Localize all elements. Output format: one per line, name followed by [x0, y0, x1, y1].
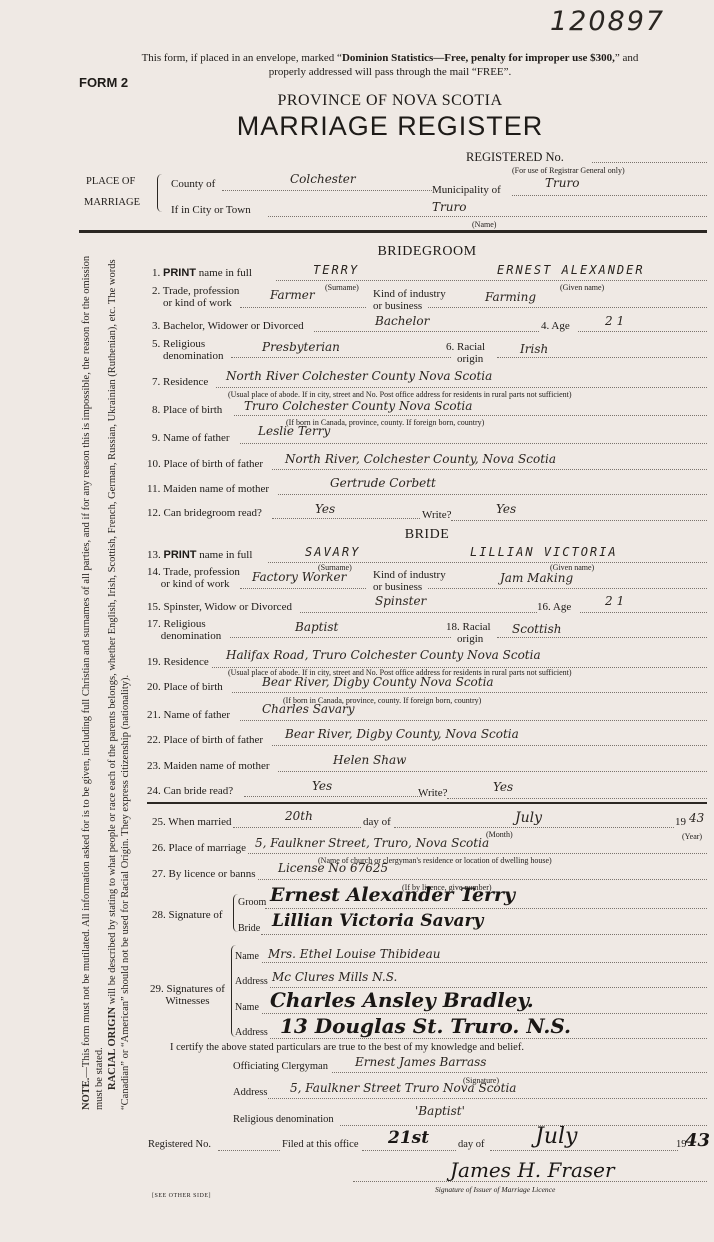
- field-number: 1.: [152, 267, 160, 279]
- clergyman-label: Officiating Clergyman: [233, 1061, 328, 1072]
- witness1-address-label: Address: [235, 976, 268, 987]
- name-in-full-label: name in full: [199, 549, 252, 561]
- religion-label-a: 5. Religious: [152, 338, 205, 350]
- city-value[interactable]: Truro: [432, 200, 466, 214]
- racial-origin-text: will be described by stating to what peo…: [107, 259, 131, 1110]
- county-label: County of: [171, 178, 215, 190]
- groom-age-line: [578, 331, 707, 332]
- bride-father-label: 21. Name of father: [147, 709, 230, 721]
- witness2-name-label: Name: [235, 1002, 259, 1013]
- bride-father-birthplace-line: [272, 745, 707, 746]
- city-label: If in City or Town: [171, 204, 251, 216]
- industry-label-a: Kind of industry: [373, 569, 446, 581]
- bride-birthplace[interactable]: Bear River, Digby County Nova Scotia: [262, 675, 494, 689]
- filed-year[interactable]: 43: [685, 1130, 710, 1151]
- groom-age-label: 4. Age: [541, 320, 570, 332]
- racial-label-a: 18. Racial: [446, 621, 491, 633]
- print-label: PRINT: [163, 267, 196, 279]
- surname-note: (Surname): [325, 283, 359, 292]
- racial-label-a: 6. Racial: [446, 341, 485, 353]
- groom-surname[interactable]: TERRY: [313, 263, 359, 277]
- trade-label-b: or kind of work: [163, 297, 232, 309]
- groom-signature[interactable]: Ernest Alexander Terry: [270, 884, 515, 906]
- issuer-caption: Signature of Issuer of Marriage Licence: [435, 1185, 555, 1194]
- groom-father-label: 9. Name of father: [152, 432, 230, 444]
- place-of-label: PLACE OF: [86, 176, 135, 187]
- see-other-side: [SEE OTHER SIDE]: [152, 1193, 211, 1199]
- filing-registered-no-label: Registered No.: [148, 1139, 211, 1150]
- groom-write-label: Write?: [422, 509, 451, 521]
- groom-racial-label: 6. Racial origin: [446, 341, 485, 365]
- place-brace: [157, 174, 162, 212]
- industry-label-b: or business: [373, 581, 422, 593]
- groom-residence-label: 7. Residence: [152, 376, 208, 388]
- groom-can-write[interactable]: Yes: [496, 502, 516, 516]
- page-title: MARRIAGE REGISTER: [140, 111, 640, 142]
- when-married-label: 25. When married: [152, 816, 232, 828]
- bride-divider: [147, 802, 707, 804]
- province-heading: PROVINCE OF NOVA SCOTIA: [140, 92, 640, 110]
- bride-father-birthplace-label: 22. Place of birth of father: [147, 734, 263, 746]
- groom-industry-line: [428, 307, 707, 308]
- registration-number-handwritten: 120897: [550, 6, 665, 37]
- groom-read-label: 12. Can bridegroom read?: [147, 507, 262, 519]
- racial-label-b: origin: [457, 353, 483, 365]
- field-number: 13.: [147, 549, 161, 561]
- filed-day[interactable]: 21st: [388, 1128, 429, 1148]
- city-field-line: [268, 216, 707, 217]
- groom-industry-label: Kind of industryor business: [373, 288, 446, 312]
- witnesses-label: 29. Signatures ofWitnesses: [150, 983, 225, 1007]
- bride-status-label: 15. Spinster, Widow or Divorced: [147, 601, 292, 613]
- bride-father-line: [240, 720, 707, 721]
- marriage-month[interactable]: July: [515, 810, 542, 826]
- clergy-address-line: [268, 1098, 707, 1099]
- registered-no-field[interactable]: [592, 162, 707, 163]
- witnesses-label-b: Witnesses: [165, 995, 209, 1007]
- city-name-note: (Name): [472, 220, 496, 229]
- bride-can-read[interactable]: Yes: [312, 779, 332, 793]
- groom-residence-note: (Usual place of abode. If in city, stree…: [228, 390, 572, 399]
- bride-status[interactable]: Spinster: [375, 594, 426, 608]
- issuer-signature[interactable]: James H. Fraser: [450, 1158, 615, 1182]
- bride-industry[interactable]: Jam Making: [500, 571, 573, 585]
- witness2-name[interactable]: Charles Ansley Bradley.: [270, 988, 534, 1012]
- postal-notice-post: ” and: [615, 52, 639, 64]
- bride-sig-line: [261, 934, 707, 935]
- bride-father-birthplace[interactable]: Bear River, Digby County, Nova Scotia: [285, 727, 519, 741]
- bride-write-label: Write?: [418, 787, 447, 799]
- groom-birthplace-line: [234, 415, 707, 416]
- bride-religion-label: 17. Religious denomination: [147, 618, 221, 642]
- bride-birthplace-line: [232, 692, 707, 693]
- religion-label-a: 17. Religious: [147, 618, 206, 630]
- licence-number[interactable]: License No 67625: [278, 861, 388, 875]
- postal-notice: This form, if placed in an envelope, mar…: [90, 51, 690, 79]
- month-note: (Month): [486, 830, 513, 839]
- filed-label: Filed at this office: [282, 1139, 359, 1150]
- groom-religion[interactable]: Presbyterian: [262, 340, 340, 354]
- bride-industry-label: Kind of industryor business: [373, 569, 446, 593]
- groom-sig-line: [265, 908, 707, 909]
- bride-residence[interactable]: Halifax Road, Truro Colchester County No…: [226, 648, 541, 662]
- clergy-denomination-label: Religious denomination: [233, 1114, 334, 1125]
- given-name-note: (Given name): [560, 283, 604, 292]
- groom-trade-label: 2. Trade, profession or kind of work: [152, 285, 239, 309]
- licence-label: 27. By licence or banns: [152, 868, 256, 880]
- groom-can-read[interactable]: Yes: [315, 502, 335, 516]
- groom-write-line: [451, 520, 707, 521]
- trade-label-a: 14. Trade, profession: [147, 566, 240, 578]
- marriage-label: MARRIAGE: [84, 197, 140, 208]
- bride-given-names[interactable]: LILLIAN VICTORIA: [470, 545, 618, 559]
- bride-industry-line: [428, 588, 707, 589]
- municipality-field-line: [512, 195, 707, 196]
- bride-mother-label: 23. Maiden name of mother: [147, 760, 270, 772]
- groom-racial-line: [497, 357, 707, 358]
- groom-father-birthplace-line: [272, 469, 707, 470]
- licence-line: [258, 879, 707, 880]
- header-divider: [79, 230, 707, 233]
- clergyman-signature[interactable]: Ernest James Barrass: [355, 1055, 486, 1069]
- bride-signature[interactable]: Lillian Victoria Savary: [272, 911, 483, 931]
- groom-name-line: [276, 280, 707, 281]
- witness1-name-line: [262, 962, 707, 963]
- racial-label-b: origin: [457, 633, 483, 645]
- clergy-address-label: Address: [233, 1087, 267, 1098]
- note-heading: NOTE.: [81, 1078, 92, 1110]
- marriage-place-line: [248, 853, 707, 854]
- marriage-place-label: 26. Place of marriage: [152, 842, 246, 854]
- bride-status-line: [300, 612, 537, 613]
- industry-label-a: Kind of industry: [373, 288, 446, 300]
- groom-religion-label: 5. Religious denomination: [152, 338, 224, 362]
- note-text: —This form must not be mutilated. All in…: [81, 256, 105, 1110]
- bride-religion[interactable]: Baptist: [295, 620, 338, 634]
- groom-age[interactable]: 21: [605, 314, 628, 328]
- bride-residence-label: 19. Residence: [147, 656, 209, 668]
- clergy-address[interactable]: 5, Faulkner Street Truro Nova Scotia: [290, 1081, 516, 1095]
- bride-read-line: [244, 796, 422, 797]
- groom-mother-line: [278, 494, 707, 495]
- groom-read-line: [272, 518, 420, 519]
- trade-label-a: 2. Trade, profession: [152, 285, 239, 297]
- groom-status-label: 3. Bachelor, Widower or Divorced: [152, 320, 304, 332]
- racial-origin-heading: RACIAL ORIGIN: [107, 1007, 118, 1090]
- witness1-name[interactable]: Mrs. Ethel Louise Thibideau: [268, 947, 440, 961]
- bride-read-label: 24. Can bride read?: [147, 785, 233, 797]
- witness1-name-label: Name: [235, 951, 259, 962]
- bride-age-label: 16. Age: [537, 601, 571, 613]
- bride-father[interactable]: Charles Savary: [262, 702, 355, 716]
- witnesses-label-a: 29. Signatures of: [150, 983, 225, 995]
- year-note: (Year): [682, 832, 702, 841]
- bride-trade-line: [240, 588, 366, 589]
- trade-label-b: or kind of work: [161, 578, 230, 590]
- bride-trade-label: 14. Trade, profession or kind of work: [147, 566, 240, 590]
- name-in-full-label: name in full: [199, 267, 252, 279]
- clergy-denomination-line: [340, 1125, 707, 1126]
- groom-mother-maiden[interactable]: Gertrude Corbett: [330, 476, 436, 490]
- groom-birthplace-label: 8. Place of birth: [152, 404, 222, 416]
- groom-father[interactable]: Leslie Terry: [258, 424, 330, 438]
- year-prefix: 19: [675, 816, 686, 828]
- bride-write-line: [447, 798, 707, 799]
- marriage-place[interactable]: 5, Faulkner Street, Truro, Nova Scotia: [255, 836, 489, 850]
- marriage-day[interactable]: 20th: [285, 809, 313, 823]
- bride-mother-maiden[interactable]: Helen Shaw: [333, 753, 406, 767]
- bridegroom-heading: BRIDEGROOM: [140, 244, 714, 260]
- filed-month[interactable]: July: [535, 1124, 577, 1149]
- witness2-address-line: [270, 1038, 707, 1039]
- groom-name-label: 1. PRINT name in full: [152, 267, 252, 279]
- day-line: [233, 827, 361, 828]
- religion-label-b: denomination: [163, 350, 224, 362]
- witness2-address-label: Address: [235, 1027, 268, 1038]
- bride-age[interactable]: 21: [605, 594, 628, 608]
- postal-notice-line2: properly addressed will pass through the…: [269, 66, 512, 78]
- groom-racial-origin[interactable]: Irish: [520, 342, 548, 356]
- postal-notice-pre: This form, if placed in an envelope, mar…: [142, 52, 342, 64]
- groom-trade[interactable]: Farmer: [270, 288, 315, 302]
- filing-registered-no-line[interactable]: [218, 1150, 280, 1151]
- certification-statement: I certify the above stated particulars a…: [170, 1042, 524, 1053]
- clergyman-line: [332, 1072, 707, 1073]
- filed-month-line: [490, 1150, 678, 1151]
- groom-father-birthplace-label: 10. Place of birth of father: [147, 458, 263, 470]
- groom-father-line: [240, 443, 707, 444]
- marriage-year[interactable]: 43: [689, 811, 704, 825]
- clergy-denomination[interactable]: 'Baptist': [415, 1104, 465, 1118]
- bride-age-line: [580, 612, 707, 613]
- municipality-value[interactable]: Truro: [545, 176, 579, 190]
- witness1-address[interactable]: Mc Clures Mills N.S.: [272, 970, 397, 984]
- groom-residence-line: [216, 387, 707, 388]
- industry-label-b: or business: [373, 300, 422, 312]
- bride-birthplace-label: 20. Place of birth: [147, 681, 223, 693]
- bride-religion-line: [230, 637, 451, 638]
- groom-sig-label: Groom: [238, 897, 266, 908]
- bride-mother-line: [278, 771, 707, 772]
- form-number: FORM 2: [79, 75, 128, 90]
- bride-surname[interactable]: SAVARY: [305, 545, 360, 559]
- signature-of-label: 28. Signature of: [152, 909, 223, 921]
- groom-status[interactable]: Bachelor: [375, 314, 429, 328]
- bride-sig-label: Bride: [238, 923, 260, 934]
- margin-note: NOTE.—This form must not be mutilated. A…: [80, 250, 132, 1110]
- registered-no-note: (For use of Registrar General only): [512, 166, 625, 175]
- groom-mother-label: 11. Maiden name of mother: [147, 483, 269, 495]
- groom-father-birthplace[interactable]: North River, Colchester County, Nova Sco…: [285, 452, 556, 466]
- bride-heading: BRIDE: [140, 527, 714, 543]
- bride-trade[interactable]: Factory Worker: [252, 570, 346, 584]
- groom-birthplace[interactable]: Truro Colchester County Nova Scotia: [244, 399, 472, 413]
- month-line: [394, 827, 674, 828]
- groom-given-names[interactable]: ERNEST ALEXANDER: [497, 263, 645, 277]
- groom-residence[interactable]: North River Colchester County Nova Scoti…: [226, 369, 492, 383]
- bride-racial-line: [497, 637, 707, 638]
- filed-day-line: [362, 1150, 456, 1151]
- bride-can-write[interactable]: Yes: [493, 780, 513, 794]
- print-label: PRINT: [164, 549, 197, 561]
- religion-label-b: denomination: [161, 630, 222, 642]
- day-of-label: day of: [363, 816, 391, 828]
- postal-notice-bold: Dominion Statistics—Free, penalty for im…: [342, 52, 615, 64]
- groom-trade-line: [240, 307, 366, 308]
- filed-day-of-label: day of: [458, 1139, 485, 1150]
- bride-racial-origin[interactable]: Scottish: [512, 622, 562, 636]
- groom-status-line: [314, 331, 539, 332]
- county-field-line: [222, 190, 432, 191]
- bride-racial-label: 18. Racial origin: [446, 621, 491, 645]
- groom-industry[interactable]: Farming: [485, 290, 536, 304]
- county-value[interactable]: Colchester: [290, 172, 356, 186]
- groom-religion-line: [231, 357, 451, 358]
- bride-name-label: 13. PRINT name in full: [147, 549, 252, 561]
- witness2-address[interactable]: 13 Douglas St. Truro. N.S.: [280, 1014, 571, 1038]
- municipality-label: Municipality of: [432, 184, 501, 196]
- registered-no-label: REGISTERED No.: [466, 150, 564, 165]
